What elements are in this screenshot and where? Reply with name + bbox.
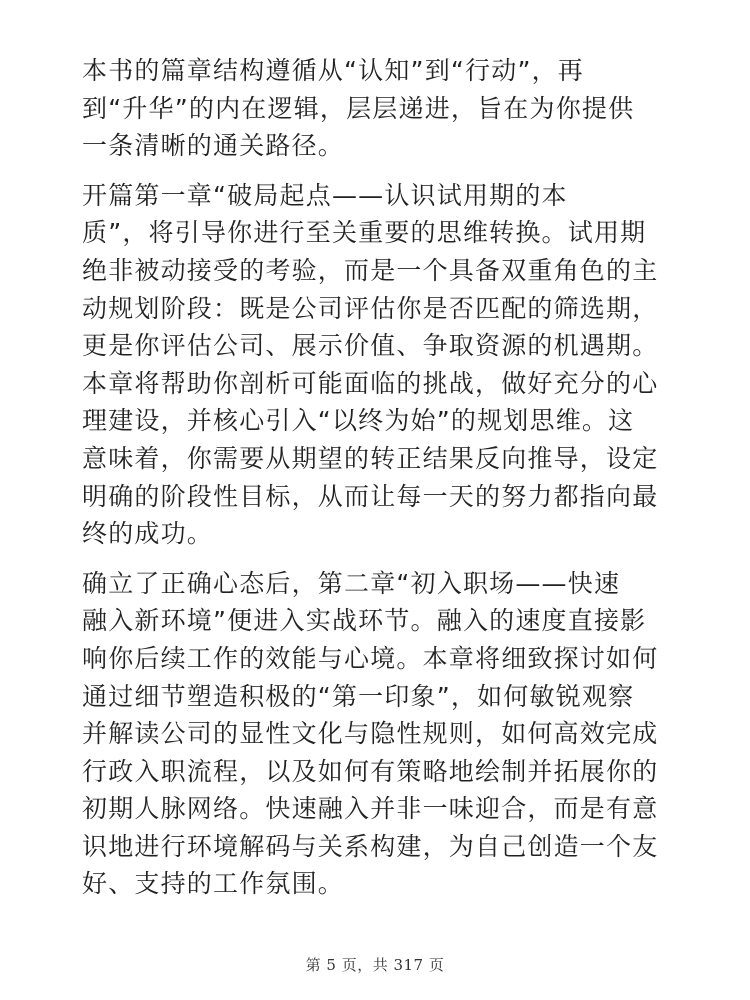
text-line: 一条清晰的通关路径。 [82, 127, 682, 165]
text-line: 好、支持的工作氛围。 [82, 865, 682, 903]
text-line: 意味着，你需要从期望的转正结果反向推导，设定 [82, 440, 682, 478]
text-line: 响你后续工作的效能与心境。本章将细致探讨如何 [82, 640, 682, 678]
text-line: 质”，将引导你进行至关重要的思维转换。试用期 [82, 214, 682, 252]
text-line: 开篇第一章“破局起点——认识试用期的本 [82, 177, 682, 215]
text-line: 明确的阶段性目标，从而让每一天的努力都指向最 [82, 478, 682, 516]
text-line: 到“升华”的内在逻辑，层层递进，旨在为你提供 [82, 90, 682, 128]
text-line: 理建设，并核心引入“以终为始”的规划思维。这 [82, 402, 682, 440]
paragraph-chapter-two: 确立了正确心态后，第二章“初入职场——快速 融入新环境”便进入实战环节。融入的速… [82, 565, 682, 903]
text-line: 更是你评估公司、展示价值、争取资源的机遇期。 [82, 327, 682, 365]
text-line: 本书的篇章结构遵循从“认知”到“行动”，再 [82, 52, 682, 90]
paragraph-structure-overview: 本书的篇章结构遵循从“认知”到“行动”，再 到“升华”的内在逻辑，层层递进，旨在… [82, 52, 682, 165]
paragraph-chapter-one: 开篇第一章“破局起点——认识试用期的本 质”，将引导你进行至关重要的思维转换。试… [82, 177, 682, 553]
text-line: 初期人脉网络。快速融入并非一味迎合，而是有意 [82, 790, 682, 828]
text-line: 终的成功。 [82, 515, 682, 553]
text-line: 识地进行环境解码与关系构建，为自己创造一个友 [82, 828, 682, 866]
text-line: 绝非被动接受的考验，而是一个具备双重角色的主 [82, 252, 682, 290]
text-line: 动规划阶段：既是公司评估你是否匹配的筛选期， [82, 290, 682, 328]
document-page: 本书的篇章结构遵循从“认知”到“行动”，再 到“升华”的内在逻辑，层层递进，旨在… [82, 52, 682, 915]
text-line: 融入新环境”便进入实战环节。融入的速度直接影 [82, 602, 682, 640]
text-line: 本章将帮助你剖析可能面临的挑战，做好充分的心 [82, 365, 682, 403]
page-number-footer: 第 5 页，共 317 页 [0, 954, 750, 975]
text-line: 并解读公司的显性文化与隐性规则，如何高效完成 [82, 715, 682, 753]
text-line: 行政入职流程，以及如何有策略地绘制并拓展你的 [82, 753, 682, 791]
text-line: 通过细节塑造积极的“第一印象”，如何敏锐观察 [82, 678, 682, 716]
text-line: 确立了正确心态后，第二章“初入职场——快速 [82, 565, 682, 603]
